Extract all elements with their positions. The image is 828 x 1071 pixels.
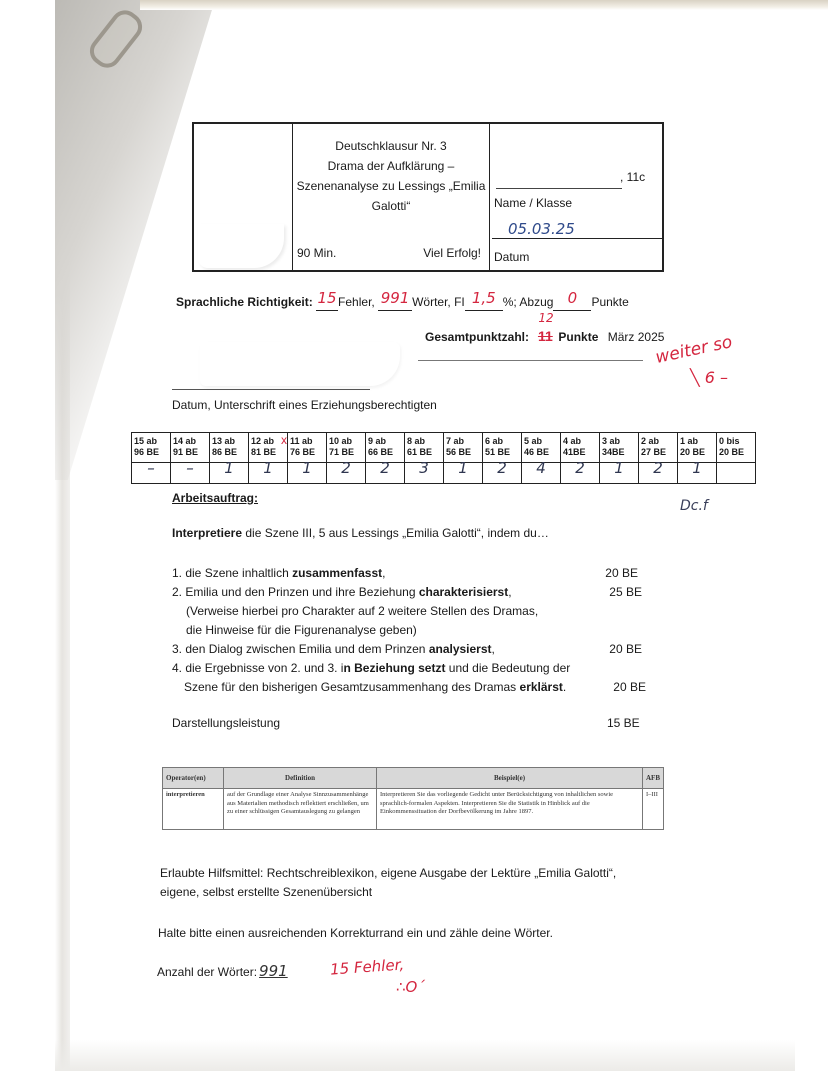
class-value: , 11c — [620, 170, 645, 184]
teacher-comment: weiter so — [654, 332, 734, 368]
grade-threshold: 91 BE — [173, 447, 207, 458]
grade-count-cell: 2 — [639, 463, 678, 484]
logo-cell — [194, 124, 293, 270]
total-points-field: 11 12 — [532, 328, 558, 344]
op-definition: auf der Grundlage einer Analyse Sinnzusa… — [224, 789, 377, 830]
task-4-points: 20 BE — [613, 678, 646, 697]
student-info-cell: , 11c Name / Klasse 05.03.25 Datum — [490, 124, 662, 270]
grade-threshold: 56 BE — [446, 447, 480, 458]
grade-points: 12 ab — [251, 436, 285, 447]
task-1-points: 20 BE — [605, 564, 638, 583]
grade-points: 1 ab — [680, 436, 714, 447]
margin-instruction: Halte bitte einen ausreichenden Korrektu… — [158, 926, 553, 940]
task-4: 4. die Ergebnisse von 2. und 3. in Bezie… — [172, 659, 642, 697]
grade-points: 2 ab — [641, 436, 675, 447]
error-count-note: 15 Fehler, — [329, 955, 404, 978]
grade-column-header: 2 ab27 BE — [639, 433, 678, 463]
assignment-heading: Arbeitsauftrag: — [172, 491, 258, 505]
grade-points: 9 ab — [368, 436, 402, 447]
grade-points: 13 ab — [212, 436, 246, 447]
grade-threshold: 96 BE — [134, 447, 168, 458]
corrected-score: 12 — [538, 311, 553, 325]
deduction-field: 0 — [553, 292, 591, 311]
grade-threshold: 34BE — [602, 447, 636, 458]
exam-subtitle-3: Galotti“ — [293, 196, 489, 216]
grade-points: 6 ab — [485, 436, 519, 447]
op-header-example: Beispiel(e) — [377, 768, 643, 789]
exam-duration: 90 Min. — [297, 246, 336, 260]
grade-count-cell: 1 — [600, 463, 639, 484]
language-correctness-label: Sprachliche Richtigkeit: — [176, 295, 313, 309]
grade-threshold: 71 BE — [329, 447, 363, 458]
op-afb: I–III — [643, 789, 664, 830]
total-points-line: Gesamtpunktzahl: 11 12 Punkte März 2025 — [425, 328, 664, 344]
errors-field: 15 — [316, 292, 338, 311]
word-count-value: 991 — [259, 962, 288, 980]
exam-month: März 2025 — [608, 330, 665, 344]
allowed-aids: Erlaubte Hilfsmittel: Rechtschreiblexiko… — [160, 864, 680, 902]
grade-threshold: 41BE — [563, 447, 597, 458]
grade-threshold: 20 BE — [719, 447, 753, 458]
grade-column-header: 8 ab61 BE — [405, 433, 444, 463]
grade-column-header: 3 ab34BE — [600, 433, 639, 463]
grade-points: 15 ab — [134, 436, 168, 447]
presentation-label: Darstellungsleistung — [172, 716, 280, 730]
grade-column-header: 1 ab20 BE — [678, 433, 717, 463]
grade-points: 11 ab — [290, 436, 324, 447]
operator-word: Interpretiere — [172, 526, 242, 540]
grade-points: 0 bis — [719, 436, 753, 447]
grade-column-header: 7 ab56 BE — [444, 433, 483, 463]
exam-header-box: Deutschklausur Nr. 3 Drama der Aufklärun… — [192, 122, 664, 272]
task-1: 1. die Szene inhaltlich zusammenfasst, 2… — [172, 564, 642, 583]
grade-count-cell: 1 — [288, 463, 327, 484]
grade-column-header: 9 ab66 BE — [366, 433, 405, 463]
task-2-points: 25 BE — [609, 583, 642, 602]
percent-label: %; Abzug — [503, 295, 554, 309]
cross-mark-icon: x — [281, 435, 287, 446]
task-3-points: 20 BE — [609, 640, 642, 659]
name-label: Name / Klasse — [494, 196, 572, 210]
word-count-line: Anzahl der Wörter:991 — [157, 962, 288, 980]
redacted-logo — [198, 224, 284, 268]
page-bottom-edge — [55, 1040, 795, 1071]
grade-count-cell: 1 — [444, 463, 483, 484]
grade-points: 7 ab — [446, 436, 480, 447]
grade-points: 10 ab — [329, 436, 363, 447]
intro-text: die Szene III, 5 aus Lessings „Emilia Ga… — [242, 526, 549, 540]
grade-count-cell: – — [171, 463, 210, 484]
presentation-points: 15 BE — [607, 716, 640, 730]
grade-column-header: 6 ab51 BE — [483, 433, 522, 463]
good-luck-text: Viel Erfolg! — [423, 246, 481, 260]
language-correctness-line: Sprachliche Richtigkeit: 15Fehler, 991Wö… — [176, 292, 629, 311]
grade-threshold: 20 BE — [680, 447, 714, 458]
exam-subtitle-1: Drama der Aufklärung – — [293, 156, 489, 176]
points-label: Punkte — [591, 295, 628, 309]
grade-points: 3 ab — [602, 436, 636, 447]
crossed-out-score: 11 — [538, 328, 553, 344]
grade-points: 14 ab — [173, 436, 207, 447]
total-points-unit: Punkte — [558, 330, 598, 344]
grade-count-cell: 4 — [522, 463, 561, 484]
grade-threshold: 81 BE — [251, 447, 285, 458]
grade-points: 8 ab — [407, 436, 441, 447]
task-2: 2. Emilia und den Prinzen und ihre Bezie… — [172, 583, 642, 640]
grade-count-cell: – — [132, 463, 171, 484]
grade-threshold: 76 BE — [290, 447, 324, 458]
allowed-aids-line-1: Erlaubte Hilfsmittel: Rechtschreiblexiko… — [160, 864, 680, 883]
redacted-signature — [200, 342, 400, 386]
date-field-line — [492, 238, 662, 239]
allowed-aids-line-2: eigene, selbst erstellte Szenenübersicht — [160, 883, 680, 902]
grade-count-cell: 1 — [249, 463, 288, 484]
grade-threshold: 27 BE — [641, 447, 675, 458]
grade-threshold: 86 BE — [212, 447, 246, 458]
grade-column-header: 14 ab91 BE — [171, 433, 210, 463]
grade-column-header: 10 ab71 BE — [327, 433, 366, 463]
op-header-operator: Operator(en) — [163, 768, 224, 789]
signature-label: Datum, Unterschrift eines Erziehungsbere… — [172, 398, 437, 412]
grade-points: 5 ab — [524, 436, 558, 447]
signature-line[interactable] — [172, 389, 370, 390]
operator-table: Operator(en) Definition Beispiel(e) AFB … — [162, 767, 664, 830]
grade-count-cell: 2 — [483, 463, 522, 484]
grade-column-header: 0 bis20 BE — [717, 433, 756, 463]
exam-info-cell: Deutschklausur Nr. 3 Drama der Aufklärun… — [293, 124, 490, 270]
exam-subtitle-2: Szenenanalyse zu Lessings „Emilia — [293, 176, 489, 196]
grade-count-cell: 1 — [678, 463, 717, 484]
grade-count-cell: 2 — [327, 463, 366, 484]
grade-column-header: 11 ab76 BE — [288, 433, 327, 463]
op-header-afb: AFB — [643, 768, 664, 789]
name-field[interactable] — [496, 188, 622, 189]
grade-points: 4 ab — [563, 436, 597, 447]
words-label: Wörter, FI — [412, 295, 465, 309]
grade-column-header: 13 ab86 BE — [210, 433, 249, 463]
date-label: Datum — [494, 250, 529, 264]
grade-count-cell: 1 — [210, 463, 249, 484]
grade-smiley-icon: ╲ 6 – — [690, 368, 728, 387]
errors-label: Fehler, — [338, 295, 375, 309]
grade-threshold: 66 BE — [368, 447, 402, 458]
signature-line-right — [418, 360, 643, 361]
words-field: 991 — [378, 292, 412, 311]
total-points-label: Gesamtpunktzahl: — [425, 330, 529, 344]
page-top-edge — [140, 0, 828, 10]
grade-threshold: 46 BE — [524, 447, 558, 458]
op-example: Interpretieren Sie das vorliegende Gedic… — [377, 789, 643, 830]
grade-distribution-table: 15 ab96 BE14 ab91 BE13 ab86 BE12 ab81 BE… — [131, 432, 756, 484]
grade-count-cell: 2 — [366, 463, 405, 484]
grade-count-cell: 3 — [405, 463, 444, 484]
grade-column-header: 12 ab81 BEx — [249, 433, 288, 463]
grade-column-header: 5 ab46 BE — [522, 433, 561, 463]
op-operator: interpretieren — [163, 789, 224, 830]
grade-count-cell: 2 — [561, 463, 600, 484]
assignment-intro: Interpretiere die Szene III, 5 aus Lessi… — [172, 526, 549, 540]
teacher-initials: Dc.f — [680, 498, 708, 514]
grade-count-cell — [717, 463, 756, 484]
word-count-label: Anzahl der Wörter: — [157, 965, 257, 979]
task-3: 3. den Dialog zwischen Emilia und dem Pr… — [172, 640, 642, 659]
date-value: 05.03.25 — [508, 220, 575, 238]
op-header-definition: Definition — [224, 768, 377, 789]
fi-field: 1,5 — [465, 292, 503, 311]
grade-column-header: 4 ab41BE — [561, 433, 600, 463]
sun-smiley-icon: ∴O´ — [396, 978, 425, 996]
task-list: 1. die Szene inhaltlich zusammenfasst, 2… — [172, 564, 642, 697]
grade-column-header: 15 ab96 BE — [132, 433, 171, 463]
grade-threshold: 51 BE — [485, 447, 519, 458]
grade-threshold: 61 BE — [407, 447, 441, 458]
exam-title: Deutschklausur Nr. 3 — [293, 136, 489, 156]
